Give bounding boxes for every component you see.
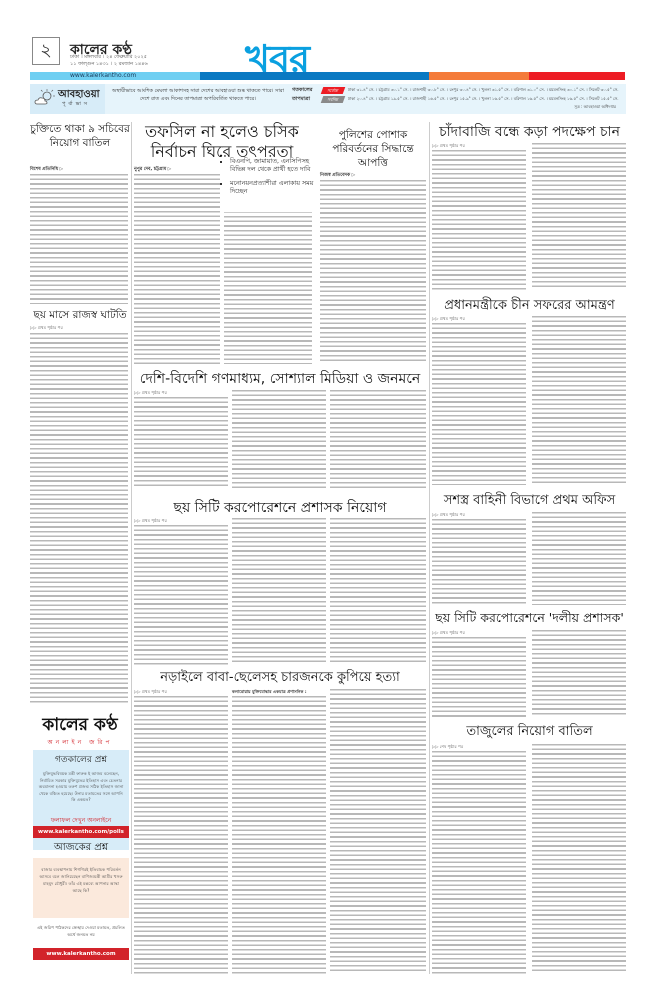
body-armed-forces-col1 <box>432 519 526 605</box>
poll-results-link[interactable]: ফলাফল দেখুন অনলাইনে <box>33 815 129 826</box>
site-url-link[interactable]: www.kalerkantho.com <box>70 72 136 80</box>
weather-forecast: অস্থায়ীভাবে আংশিক মেঘলা আকাশসহ সারা দেশ… <box>108 87 288 103</box>
byline-police-uniform: নিজস্ব প্রতিবেদক ▷ <box>320 172 355 179</box>
poll-disclaimer: এই জরিপ পাঠকদের স্বেচ্ছায় দেওয়া মতামত,… <box>33 924 129 938</box>
body-pm-china-col1 <box>432 323 526 485</box>
body-tafsil-col1 <box>134 174 220 364</box>
subhead-narail: কলারোয়ায় মুক্তিযোদ্ধার একমাত্র প্রশাসন… <box>232 689 326 696</box>
body-media-col2 <box>232 390 326 489</box>
headline-tajul[interactable]: তাজুলের নিয়োগ বাতিল <box>432 722 627 743</box>
jump-tajul: ▷▷ শেষ পৃষ্ঠার পর <box>432 744 463 750</box>
body-narail-col3 <box>330 689 426 974</box>
yesterday-poll-title: গতকালের প্রশ্ন <box>33 752 129 767</box>
body-police-uniform <box>320 180 426 364</box>
headline-extortion[interactable]: চাঁদাবাজি বন্ধে কড়া পদক্ষেপ চান <box>432 120 627 144</box>
promo-logo: কালের কণ্ঠ <box>30 712 130 740</box>
body-narail-col2 <box>232 696 326 974</box>
divider <box>224 212 312 213</box>
cloud-sun-icon <box>34 89 56 107</box>
page-number: ২ <box>32 37 60 65</box>
polls-url-link[interactable]: www.kalerkantho.com/polls <box>33 826 129 838</box>
body-tajul-col2 <box>532 744 626 974</box>
column-divider <box>131 122 132 974</box>
today-poll-question: বাজার ব্যবস্থাপনায় শিগগিরই ইতিবাচক পরিব… <box>38 866 124 894</box>
weather-source: সূত্র : আবহাওয়া অধিদপ্তর <box>292 104 622 111</box>
headline-revenue[interactable]: ছয় মাসে রাজস্ব ঘাটতি <box>30 308 130 325</box>
color-bar-blue <box>200 72 429 80</box>
headline-pm-china[interactable]: প্রধানমন্ত্রীকে চীন সফরের আমন্ত্রণ <box>432 296 627 317</box>
body-secretaries <box>30 174 128 304</box>
body-media-col1 <box>134 397 228 489</box>
body-narail-col1 <box>134 696 228 974</box>
body-armed-forces-col2 <box>532 512 626 605</box>
body-tajul-col1 <box>432 751 526 974</box>
min-temps: ঢাকা ২০.৪° সে. । চট্টগ্রাম ১৯.৫° সে. । র… <box>348 96 619 103</box>
headline-tafsil[interactable]: তফসিল না হলেও চসিক নির্বাচন ঘিরে তৎপরতা <box>132 122 312 162</box>
jump-pm-china: ▷▷ প্রথম পৃষ্ঠার পর <box>432 316 465 322</box>
date-line: ঢাকা । মঙ্গলবার । ২৪ ফেব্রুয়ারি ২০২৫ ১১… <box>70 54 148 68</box>
highlight-item: মনোনয়নপ্রত্যাশীরা এলাকায় সময় দিচ্ছেন <box>230 180 320 196</box>
body-extortion-col2 <box>532 143 626 290</box>
body-six-city-admin-col2 <box>232 518 326 665</box>
headline-six-city-party[interactable]: ছয় সিটি করপোরেশনে 'দলীয় প্রশাসক' <box>432 610 627 630</box>
headline-six-city-admin[interactable]: ছয় সিটি করপোরেশনে প্রশাসক নিয়োগ <box>132 496 428 520</box>
body-tafsil-col2 <box>224 216 312 364</box>
highlight-item: বিএনপি, জামায়াত, এনসিপিসহ বিভিন্ন দল থে… <box>230 158 320 174</box>
body-extortion-col1 <box>432 150 526 290</box>
site-url-bottom-link[interactable]: www.kalerkantho.com <box>33 948 129 960</box>
byline-secretaries: বিশেষ প্রতিনিধি ▷ <box>30 166 63 173</box>
max-temp-row: গতকালের সর্বোচ্চ ঢাকা ৩১.৪° সে. । চট্টগ্… <box>292 86 622 95</box>
body-six-city-party-col2 <box>532 630 626 717</box>
body-media-col3 <box>330 390 426 489</box>
body-pm-china-col2 <box>532 316 626 485</box>
body-revenue <box>30 333 128 703</box>
temperature-table: গতকালের সর্বোচ্চ ঢাকা ৩১.৪° সে. । চট্টগ্… <box>292 86 622 111</box>
today-poll-title: আজকের প্রশ্ন <box>33 840 129 857</box>
jump-armed-forces: ▷▷ প্রথম পৃষ্ঠার পর <box>432 512 465 518</box>
masthead: ২ কালের কণ্ঠ ঢাকা । মঙ্গলবার । ২৪ ফেব্রু… <box>0 0 650 85</box>
tafsil-highlights: বিএনপি, জামায়াত, এনসিপিসহ বিভিন্ন দল থে… <box>222 158 320 202</box>
color-bar-orange <box>429 72 529 80</box>
headline-armed-forces[interactable]: সশস্ত্র বাহিনী বিভাগে প্রথম অফিস <box>432 491 627 512</box>
jump-six-city-party: ▷▷ প্রথম পৃষ্ঠার পর <box>432 630 465 636</box>
column-divider <box>429 122 430 974</box>
headline-secretaries[interactable]: চুক্তিতে থাকা ৯ সচিবের নিয়োগ বাতিল <box>30 122 130 150</box>
body-six-city-admin-col3 <box>330 518 426 665</box>
yesterday-poll-question: মুক্তিযুদ্ধবিষয়ক মন্ত্রী ফারুক ই আজম বল… <box>38 771 124 804</box>
promo-subtitle: অনলাইন জরিপ <box>30 737 130 748</box>
jump-revenue: ▷▷ প্রথম পৃষ্ঠার পর <box>30 325 63 331</box>
headline-narail[interactable]: নড়াইলে বাবা-ছেলেসহ চারজনকে কুপিয়ে হত্য… <box>132 668 428 689</box>
min-tag: সর্বনিম্ন <box>321 96 346 103</box>
body-six-city-party-col1 <box>432 637 526 717</box>
byline-tafsil: নুপুর দেব, চট্টগ্রাম ▷ <box>134 166 171 173</box>
headline-police-uniform[interactable]: পুলিশের পোশাক পরিবর্তনের সিদ্ধান্তে আপত্… <box>318 128 428 170</box>
jump-narail: ▷▷ প্রথম পৃষ্ঠার পর <box>134 689 167 695</box>
color-bar-red <box>529 72 625 80</box>
jump-extortion: ▷▷ প্রথম পৃষ্ঠার পর <box>432 143 465 149</box>
body-six-city-admin-col1 <box>134 525 228 665</box>
min-temp-row: তাপমাত্রা সর্বনিম্ন ঢাকা ২০.৪° সে. । চট্… <box>292 95 622 104</box>
max-temps: ঢাকা ৩১.৪° সে. । চট্টগ্রাম ৩০.১° সে. । র… <box>348 87 619 94</box>
max-tag: সর্বোচ্চ <box>321 87 346 94</box>
weather-subtitle: পূর্বাভাস <box>62 101 90 109</box>
jump-media: ▷▷ প্রথম পৃষ্ঠার পর <box>134 390 167 396</box>
headline-media[interactable]: দেশি-বিদেশি গণমাধ্যম, সোশ্যাল মিডিয়া ও … <box>132 367 428 391</box>
jump-six-city-admin: ▷▷ প্রথম পৃষ্ঠার পর <box>134 518 167 524</box>
